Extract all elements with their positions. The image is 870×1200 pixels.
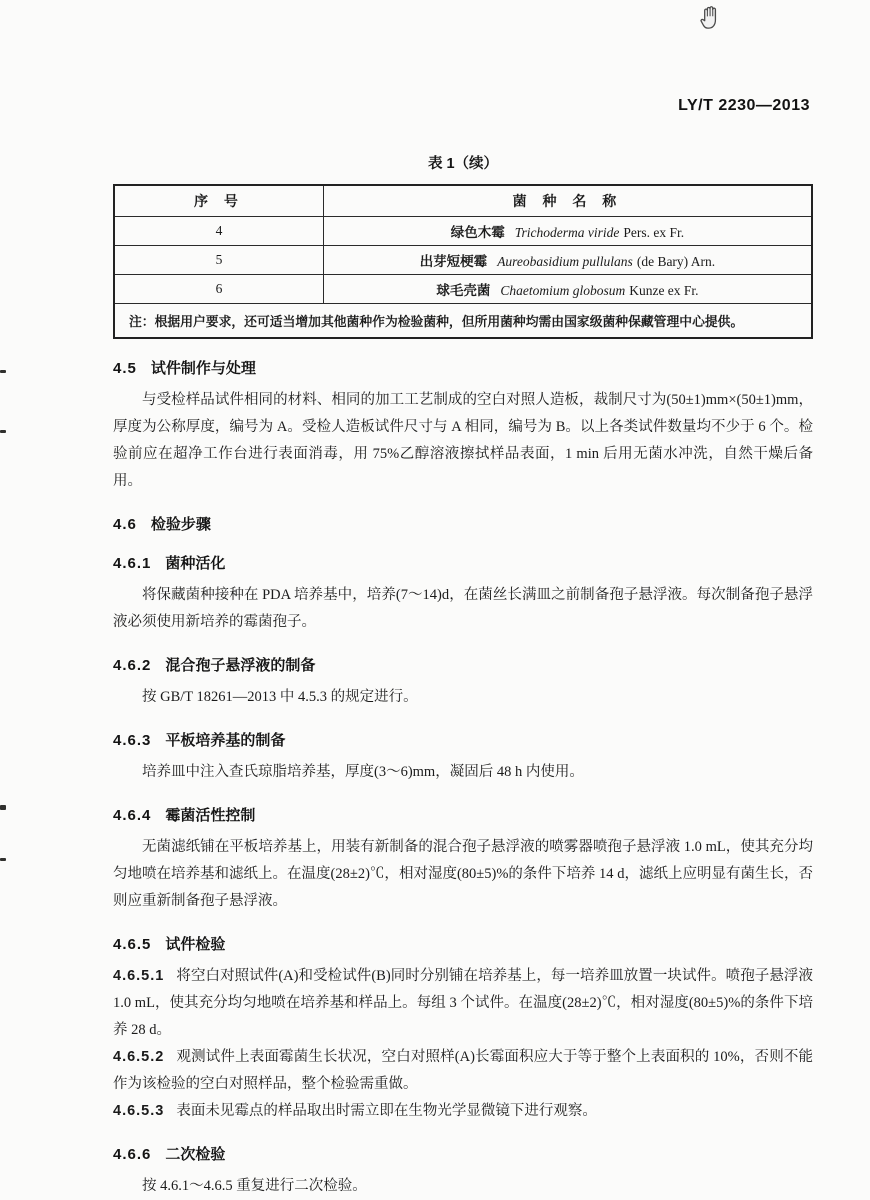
species-table: 序 号 菌 种 名 称 4绿色木霉Trichoderma viridePers.… — [113, 184, 813, 339]
table-row: 5出芽短梗霉Aureobasidium pullulans(de Bary) A… — [114, 246, 812, 275]
section-title: 混合孢子悬浮液的制备 — [165, 657, 315, 674]
body-paragraph: 无菌滤纸铺在平板培养基上，用装有新制备的混合孢子悬浮液的喷雾器喷孢子悬浮液 1.… — [113, 834, 813, 915]
document-page: LY/T 2230—2013 表 1（续） 序 号 菌 种 名 称 4绿色木霉T… — [0, 0, 870, 1200]
sections-container: 4.5试件制作与处理与受检样品试件相同的材料、相同的加工工艺制成的空白对照人造板… — [113, 357, 813, 1200]
section-heading-4.6: 4.6检验步骤 — [113, 513, 813, 534]
section-number: 4.6.1 — [113, 555, 151, 572]
clause-paragraph-4.6.5.2: 4.6.5.2观测试件上表面霉菌生长状况，空白对照样(A)长霉面积应大于等于整个… — [113, 1044, 813, 1098]
column-header-species: 菌 种 名 称 — [323, 185, 812, 217]
clause-number: 4.6.5.3 — [113, 1103, 164, 1119]
species-latin: Aureobasidium pullulans — [497, 254, 633, 269]
species-cn: 出芽短梗霉 — [420, 254, 488, 269]
scan-edge-mark — [0, 430, 6, 433]
body-paragraph: 按 GB/T 18261—2013 中 4.5.3 的规定进行。 — [113, 684, 813, 711]
section-number: 4.6.3 — [113, 732, 151, 749]
section-heading-4.6.2: 4.6.2混合孢子悬浮液的制备 — [113, 654, 813, 675]
table-note: 注：根据用户要求，还可适当增加其他菌种作为检验菌种，但所用菌种均需由国家级菌种保… — [114, 304, 812, 339]
clause-text: 表面未见霉点的样品取出时需立即在生物光学显微镜下进行观察。 — [176, 1103, 597, 1119]
section-title: 二次检验 — [165, 1146, 225, 1163]
species-latin: Trichoderma viride — [515, 225, 620, 240]
section-heading-4.6.4: 4.6.4霉菌活性控制 — [113, 804, 813, 825]
scan-edge-mark — [0, 370, 6, 373]
species-number: 6 — [114, 275, 323, 304]
section-title: 平板培养基的制备 — [165, 732, 285, 749]
species-number: 4 — [114, 217, 323, 246]
body-paragraph: 与受检样品试件相同的材料、相同的加工工艺制成的空白对照人造板，裁制尺寸为(50±… — [113, 387, 813, 495]
species-number: 5 — [114, 246, 323, 275]
section-title: 菌种活化 — [165, 555, 225, 572]
section-title: 霉菌活性控制 — [165, 807, 255, 824]
page-content: 表 1（续） 序 号 菌 种 名 称 4绿色木霉Trichoderma viri… — [113, 152, 813, 1200]
table-header-row: 序 号 菌 种 名 称 — [114, 185, 812, 217]
body-paragraph: 将保藏菌种接种在 PDA 培养基中，培养(7～14)d，在菌丝长满皿之前制备孢子… — [113, 582, 813, 636]
species-latin: Chaetomium globosum — [500, 283, 625, 298]
species-cn: 球毛壳菌 — [436, 283, 490, 298]
table-row: 4绿色木霉Trichoderma viridePers. ex Fr. — [114, 217, 812, 246]
species-name-cell: 出芽短梗霉Aureobasidium pullulans(de Bary) Ar… — [323, 246, 812, 275]
body-paragraph: 培养皿中注入查氏琼脂培养基，厚度(3～6)mm，凝固后 48 h 内使用。 — [113, 759, 813, 786]
section-number: 4.6.6 — [113, 1146, 151, 1163]
column-header-number: 序 号 — [114, 185, 323, 217]
body-paragraph: 按 4.6.1～4.6.5 重复进行二次检验。 — [113, 1173, 813, 1200]
section-heading-4.6.5: 4.6.5试件检验 — [113, 933, 813, 954]
table-title: 表 1（续） — [113, 152, 813, 173]
species-authority: Kunze ex Fr. — [629, 283, 698, 298]
clause-paragraph-4.6.5.3: 4.6.5.3表面未见霉点的样品取出时需立即在生物光学显微镜下进行观察。 — [113, 1098, 813, 1125]
section-title: 试件检验 — [165, 936, 225, 953]
scan-edge-mark — [0, 858, 6, 861]
species-authority: Pers. ex Fr. — [623, 225, 684, 240]
section-number: 4.5 — [113, 360, 137, 377]
section-number: 4.6.5 — [113, 936, 151, 953]
species-name-cell: 球毛壳菌Chaetomium globosumKunze ex Fr. — [323, 275, 812, 304]
species-cn: 绿色木霉 — [451, 225, 505, 240]
clause-text: 观测试件上表面霉菌生长状况，空白对照样(A)长霉面积应大于等于整个上表面积的 1… — [113, 1049, 813, 1092]
clause-number: 4.6.5.2 — [113, 1049, 164, 1065]
section-heading-4.5: 4.5试件制作与处理 — [113, 357, 813, 378]
section-title: 检验步骤 — [151, 516, 211, 533]
section-heading-4.6.6: 4.6.6二次检验 — [113, 1143, 813, 1164]
species-authority: (de Bary) Arn. — [637, 254, 715, 269]
hand-cursor-icon — [697, 3, 725, 31]
section-number: 4.6.2 — [113, 657, 151, 674]
section-heading-4.6.3: 4.6.3平板培养基的制备 — [113, 729, 813, 750]
clause-number: 4.6.5.1 — [113, 968, 164, 984]
clause-paragraph-4.6.5.1: 4.6.5.1将空白对照试件(A)和受检试件(B)同时分别铺在培养基上，每一培养… — [113, 963, 813, 1044]
scan-edge-mark — [0, 805, 6, 810]
table-row: 6球毛壳菌Chaetomium globosumKunze ex Fr. — [114, 275, 812, 304]
section-number: 4.6 — [113, 516, 137, 533]
table-note-row: 注：根据用户要求，还可适当增加其他菌种作为检验菌种，但所用菌种均需由国家级菌种保… — [114, 304, 812, 339]
section-number: 4.6.4 — [113, 807, 151, 824]
clause-text: 将空白对照试件(A)和受检试件(B)同时分别铺在培养基上，每一培养皿放置一块试件… — [113, 968, 813, 1038]
standard-number: LY/T 2230—2013 — [678, 97, 810, 115]
section-heading-4.6.1: 4.6.1菌种活化 — [113, 552, 813, 573]
section-title: 试件制作与处理 — [151, 360, 256, 377]
species-name-cell: 绿色木霉Trichoderma viridePers. ex Fr. — [323, 217, 812, 246]
